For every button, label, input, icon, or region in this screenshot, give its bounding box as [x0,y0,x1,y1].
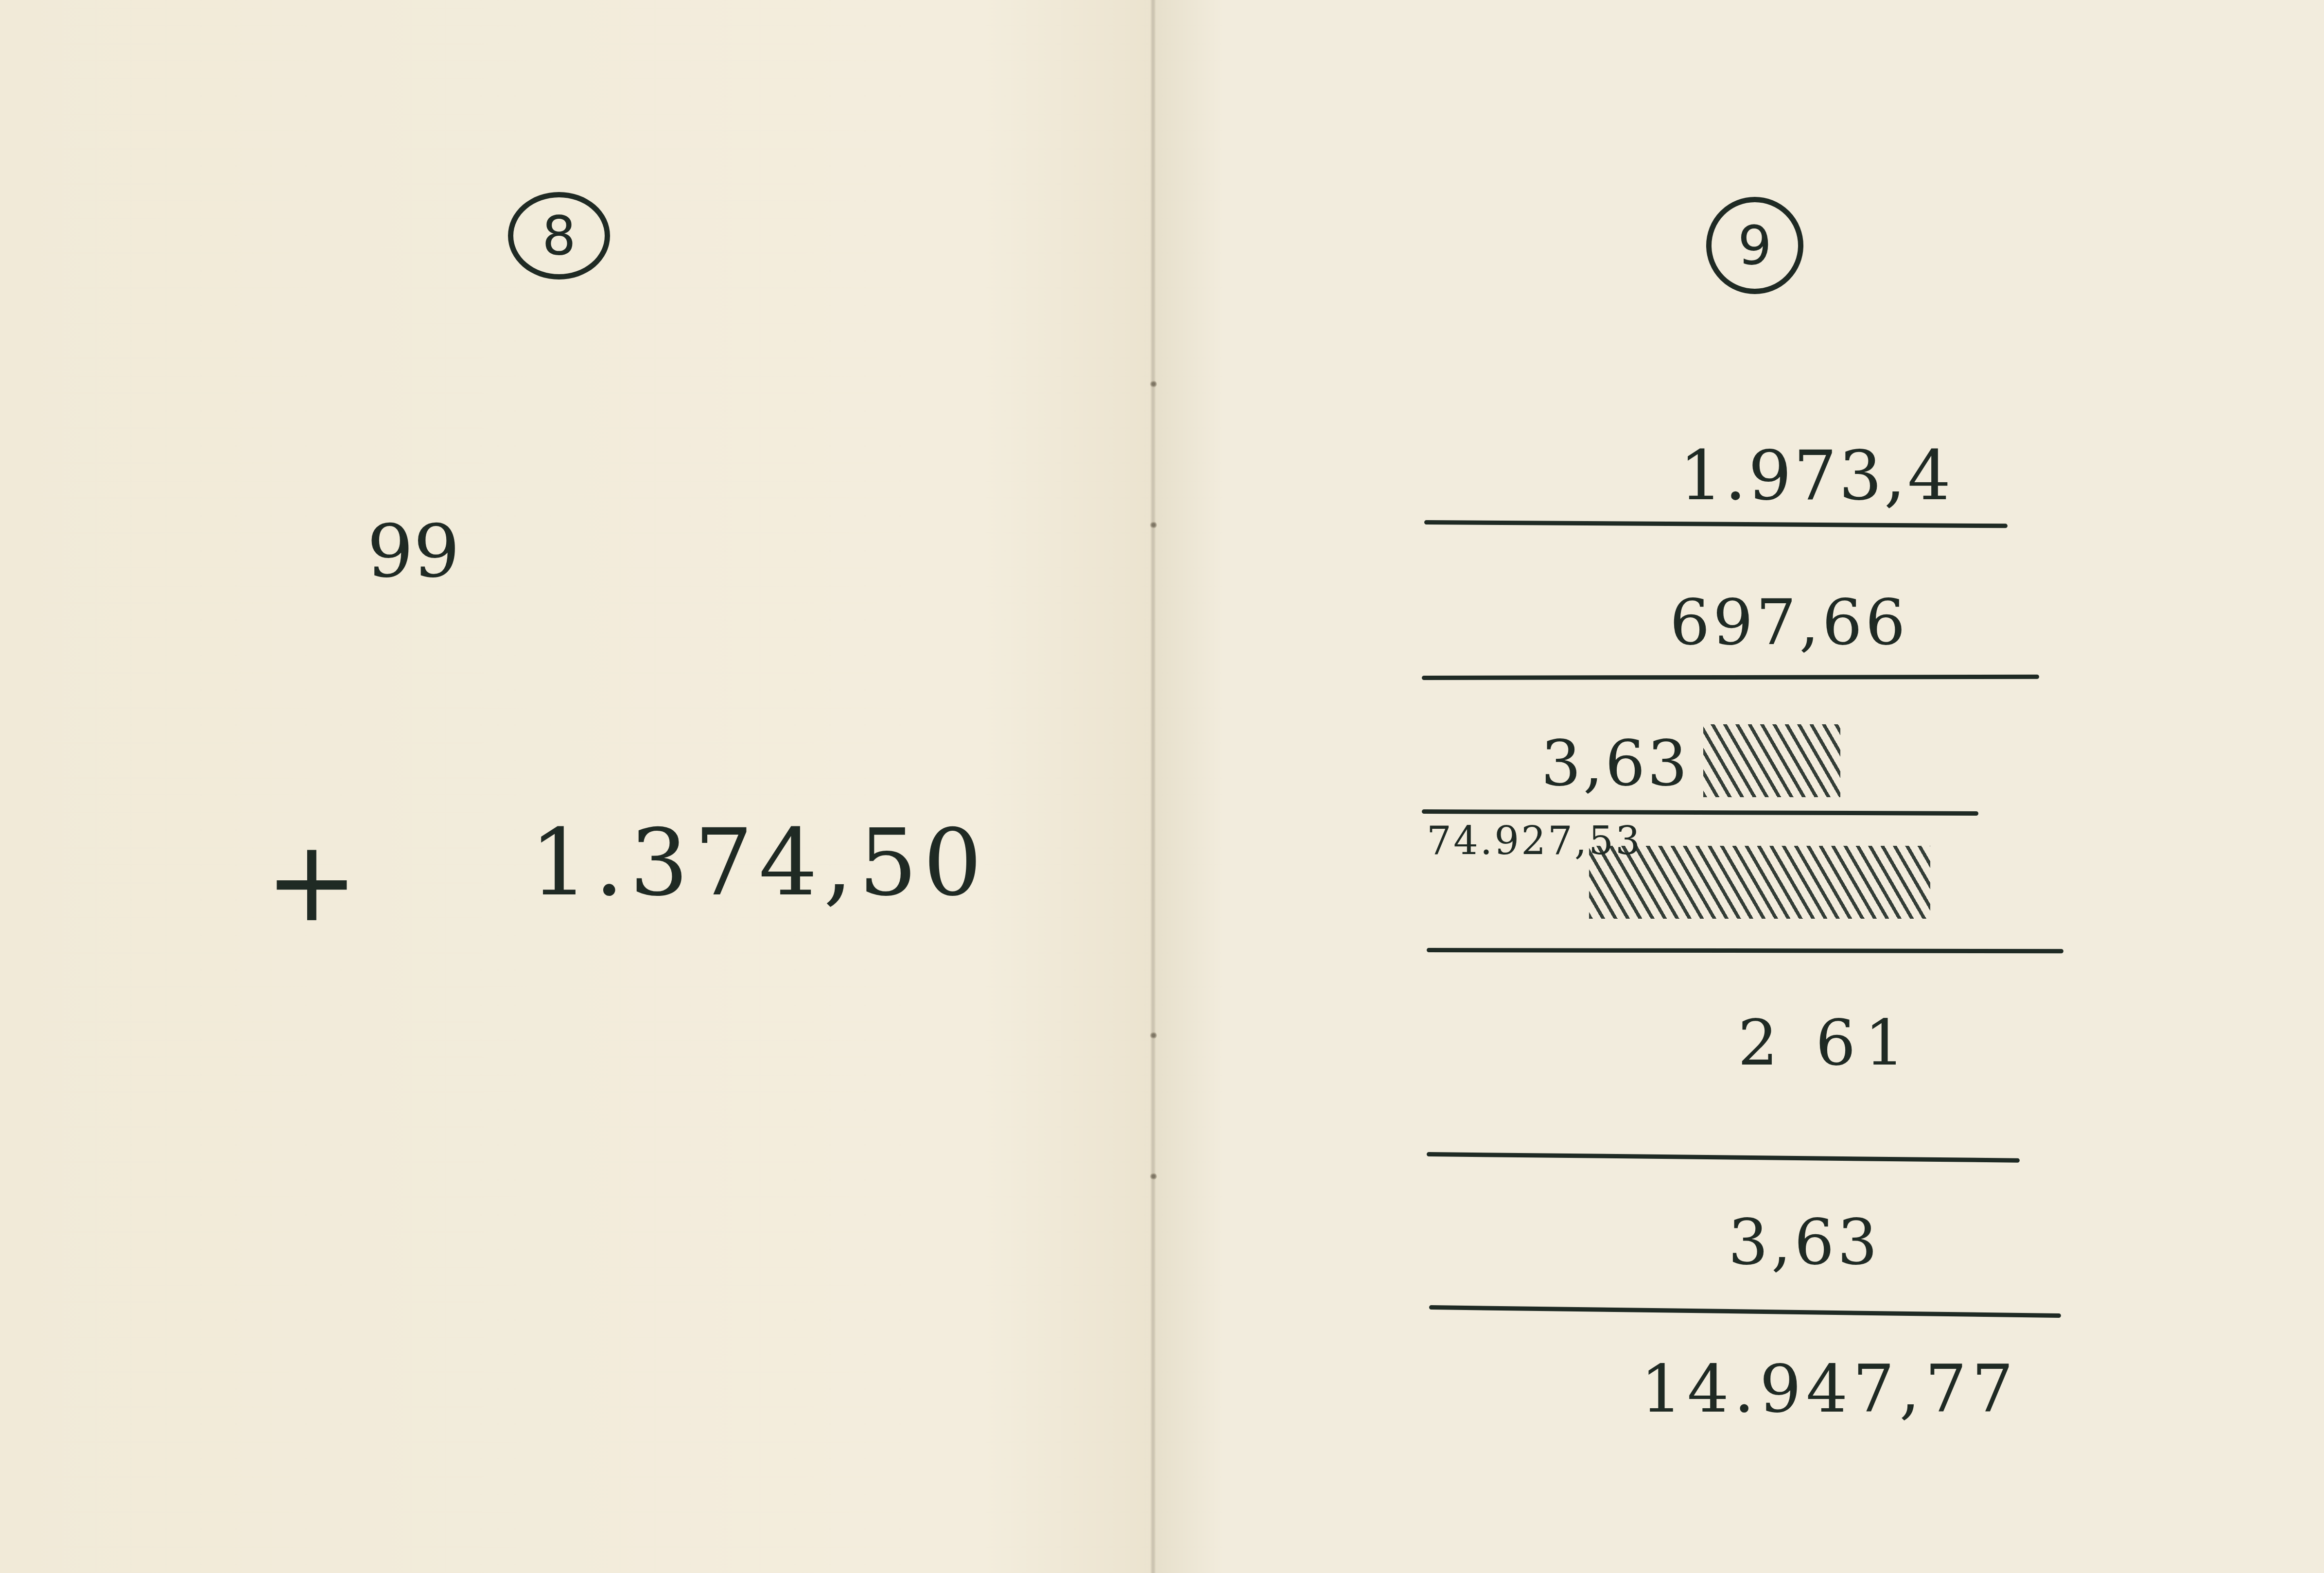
page-number-left: 8 [542,205,576,267]
binding-hole [1150,522,1157,528]
scribbled-out-text [1706,724,1837,797]
plus-sign: + [265,826,359,938]
binding-gutter [1150,0,1156,1573]
ledger-entry: 3,63 [1541,732,1689,795]
scribbled-out-text [1592,846,1927,919]
notebook-spread: 8 99 + 1.374,50 9 1.973,4 697,66 3,63 74… [0,0,2324,1573]
ledger-entry: 1.973,4 [1679,442,1953,510]
page-number-circle-right: 9 [1706,197,1803,294]
ledger-entry: 2 61 [1738,1011,1913,1074]
binding-hole [1150,1173,1157,1180]
binding-hole [1150,1032,1157,1039]
ledger-entry: 3,63 [1728,1210,1880,1274]
ledger-entry: 697,66 [1670,591,1908,654]
ledger-total: 14.947,77 [1641,1356,2018,1422]
page-number-right: 9 [1738,214,1772,277]
binding-hole [1150,381,1157,387]
handwritten-value-top: 99 [367,515,460,588]
page-number-circle-left: 8 [508,192,610,280]
handwritten-sum-value: 1.374,50 [530,817,988,909]
